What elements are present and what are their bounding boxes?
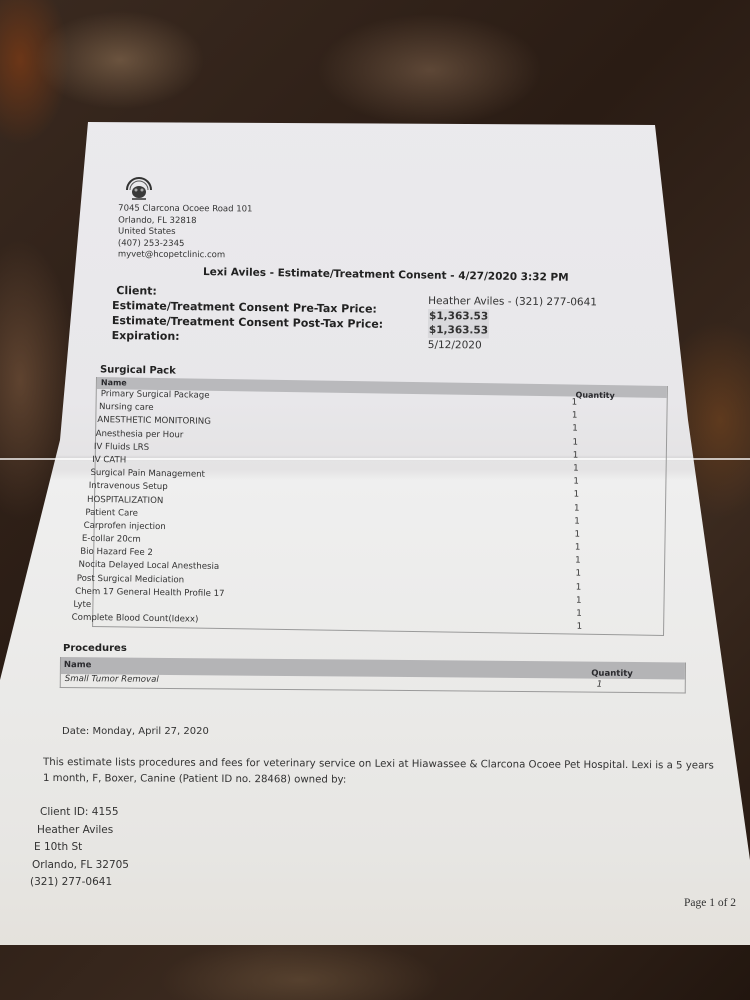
clinic-logo-icon (124, 176, 154, 202)
owner-details: Client ID: 4155 Heather Aviles E 10th St… (30, 804, 129, 892)
item-name: IV Fluids LRS (94, 442, 149, 453)
item-quantity: 1 (573, 477, 579, 487)
owner-phone: (321) 277-0641 (30, 874, 129, 892)
item-name: ANESTHETIC MONITORING (97, 415, 211, 427)
clinic-email: myvet@hcopetclinic.com (118, 250, 252, 263)
item-quantity: 1 (576, 582, 582, 592)
owner-city: Orlando, FL 32705 (30, 857, 129, 875)
estimate-description: This estimate lists procedures and fees … (43, 755, 723, 791)
document-title: Lexi Aviles - Estimate/Treatment Consent… (203, 266, 569, 284)
page-number: Page 1 of 2 (684, 897, 736, 909)
item-quantity: 1 (575, 556, 581, 566)
expiration-value: 5/12/2020 (428, 337, 597, 353)
item-quantity: 1 (572, 437, 578, 447)
item-name: Complete Blood Count(Idexx) (72, 613, 199, 625)
item-name: E-collar 20cm (82, 534, 141, 545)
item-quantity: 1 (574, 516, 580, 526)
item-quantity: 1 (576, 609, 582, 619)
pretax-price: $1,363.53 (428, 309, 489, 324)
summary-values: Heather Aviles - (321) 277-0641 $1,363.5… (428, 294, 597, 353)
owner-client-id: Client ID: 4155 (30, 804, 129, 822)
item-name: Nursing care (99, 402, 154, 413)
item-quantity: 1 (572, 411, 578, 421)
procedures-table: Name Quantity Small Tumor Removal1 (60, 657, 686, 693)
item-quantity: 1 (572, 424, 578, 434)
clinic-city: Orlando, FL 32818 (118, 215, 252, 228)
surgical-pack-table: Name Quantity Primary Surgical Package1N… (92, 377, 668, 636)
item-quantity: 1 (574, 503, 580, 513)
surgical-pack-title: Surgical Pack (100, 364, 176, 376)
item-name: Anesthesia per Hour (96, 429, 184, 440)
item-quantity: 1 (575, 543, 581, 553)
clinic-country: United States (118, 227, 252, 240)
item-name: Carprofen injection (84, 521, 166, 532)
item-quantity: 1 (576, 595, 582, 605)
item-name: Intravenous Setup (89, 481, 168, 492)
item-name: Bio Hazard Fee 2 (80, 547, 153, 558)
item-quantity: 1 (597, 680, 603, 690)
clinic-address: 7045 Clarcona Ocoee Road 101 Orlando, FL… (118, 204, 253, 263)
item-quantity: 1 (573, 450, 579, 460)
item-name: Small Tumor Removal (65, 674, 159, 685)
item-name: Patient Care (85, 508, 138, 519)
clinic-street: 7045 Clarcona Ocoee Road 101 (118, 204, 252, 217)
column-name-header: Name (64, 660, 92, 670)
item-name: Lyte (73, 600, 91, 610)
item-name: Primary Surgical Package (101, 389, 210, 401)
item-quantity: 1 (577, 622, 583, 632)
estimate-date: Date: Monday, April 27, 2020 (62, 726, 209, 737)
item-quantity: 1 (575, 569, 581, 579)
clinic-phone: (407) 253-2345 (118, 238, 252, 251)
surgical-pack-rows: Primary Surgical Package1Nursing care1AN… (93, 389, 667, 635)
item-quantity: 1 (574, 490, 580, 500)
item-name: IV CATH (92, 455, 126, 466)
item-quantity: 1 (575, 529, 581, 539)
procedures-title: Procedures (63, 643, 127, 654)
owner-name: Heather Aviles (30, 822, 129, 840)
client-value: Heather Aviles - (321) 277-0641 (428, 294, 597, 310)
owner-street: E 10th St (30, 839, 129, 857)
item-name: Nocita Delayed Local Anesthesia (78, 560, 219, 572)
document: 7045 Clarcona Ocoee Road 101 Orlando, FL… (0, 0, 750, 1000)
item-name: Post Surgical Mediciation (77, 573, 184, 585)
summary-labels: Client: Estimate/Treatment Consent Pre-T… (112, 283, 384, 347)
item-quantity: 1 (573, 463, 579, 473)
item-quantity: 1 (572, 397, 578, 407)
item-name: HOSPITALIZATION (87, 494, 163, 505)
posttax-price: $1,363.53 (428, 323, 489, 338)
item-name: Surgical Pain Management (90, 468, 205, 480)
item-name: Chem 17 General Health Profile 17 (75, 587, 225, 599)
column-quantity-header: Quantity (591, 669, 633, 679)
column-name-header: Name (101, 378, 127, 387)
